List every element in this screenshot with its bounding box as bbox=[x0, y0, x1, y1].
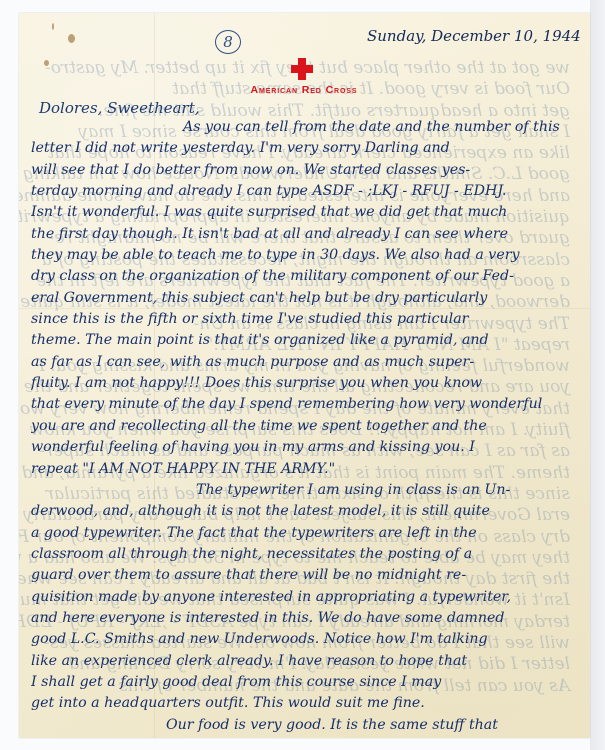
letter-body: As you can tell from the date and the nu… bbox=[31, 117, 586, 738]
letter-line: the first day though. It isn't bad at al… bbox=[31, 224, 586, 245]
letter-line: you are and recollecting all the time we… bbox=[31, 416, 586, 437]
letterhead-organization: American Red Cross bbox=[199, 84, 409, 96]
letter-page: we got at the other place but they fix i… bbox=[19, 13, 590, 738]
letter-line: a good typewriter. The fact that the typ… bbox=[31, 523, 586, 544]
letter-line: I shall get a fairly good deal from this… bbox=[31, 672, 586, 693]
red-cross-icon bbox=[291, 58, 313, 80]
page-number-circle: 8 bbox=[215, 30, 241, 54]
letter-line: eral Government, this subject can't help… bbox=[31, 288, 586, 309]
letter-line: that every minute of the day I spend rem… bbox=[31, 394, 586, 415]
letter-line: good L.C. Smiths and new Underwoods. Not… bbox=[31, 629, 586, 650]
letter-line: As you can tell from the date and the nu… bbox=[31, 117, 586, 138]
letter-line: like an experienced clerk already. I hav… bbox=[31, 651, 586, 672]
letter-line: dry class on the organization of the mil… bbox=[31, 266, 586, 287]
letter-line: as far as I can see, with as much purpos… bbox=[31, 352, 586, 373]
letter-line: derwood, and, although it is not the lat… bbox=[31, 501, 586, 522]
letter-line: Isn't it wonderful. I was quite surprise… bbox=[31, 202, 586, 223]
letter-line: get into a headquarters outfit. This wou… bbox=[31, 693, 586, 714]
letter-line: The typewriter I am using in class is an… bbox=[31, 480, 586, 501]
ink-stain bbox=[52, 23, 54, 30]
letter-line: theme. The main point is that it's organ… bbox=[31, 330, 586, 351]
letter-line: since this is the fifth or sixth time I'… bbox=[31, 309, 586, 330]
salutation: Dolores, Sweetheart, bbox=[39, 99, 200, 117]
ink-stain bbox=[44, 60, 49, 66]
letter-line: wonderful feeling of having you in my ar… bbox=[31, 437, 586, 458]
scan-backdrop bbox=[590, 0, 605, 750]
letter-line: fluity. I am not happy!!! Does this surp… bbox=[31, 373, 586, 394]
letter-line: guard over them to assure that there wil… bbox=[31, 565, 586, 586]
letter-line: will see that I do better from now on. W… bbox=[31, 160, 586, 181]
letter-line: letter I did not write yesterday. I'm ve… bbox=[31, 138, 586, 159]
letter-line: classroom all through the night, necessi… bbox=[31, 544, 586, 565]
ink-stain bbox=[68, 34, 75, 43]
letter-line: we got at the other place but they fix i… bbox=[31, 736, 586, 738]
letter-date: Sunday, December 10, 1944 bbox=[367, 27, 581, 45]
letter-line: they may be able to teach me to type in … bbox=[31, 245, 586, 266]
letter-line: quisition made by anyone interested in a… bbox=[31, 587, 586, 608]
letter-line: Our food is very good. It is the same st… bbox=[31, 715, 586, 736]
letter-line: repeat "I AM NOT HAPPY IN THE ARMY." bbox=[31, 459, 586, 480]
letter-line: terday morning and already I can type AS… bbox=[31, 181, 586, 202]
letter-line: and here everyone is interested in this.… bbox=[31, 608, 586, 629]
